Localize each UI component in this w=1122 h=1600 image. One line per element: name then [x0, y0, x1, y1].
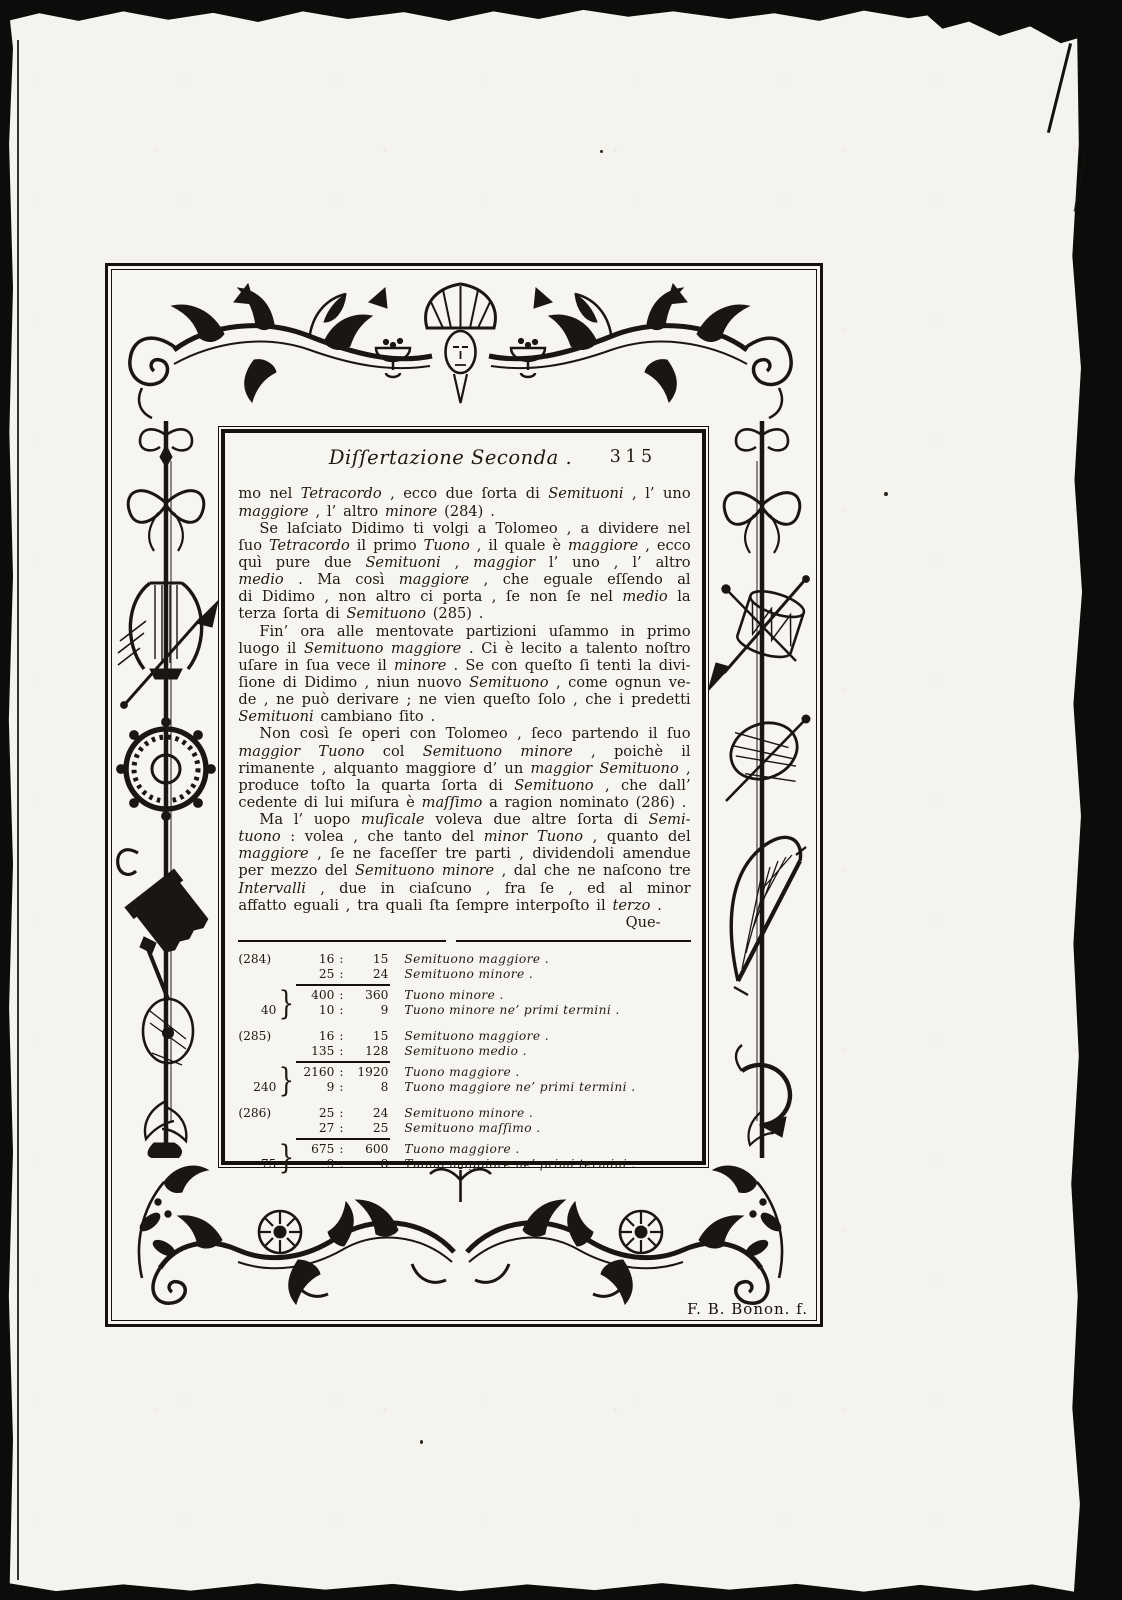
ratio-antecedent: 675: [296, 1142, 334, 1157]
footnote-label: Tuono minore .: [404, 988, 503, 1003]
product-rule: [296, 984, 390, 986]
body-line: produce toſto la quarta ſorta di Semituo…: [238, 777, 690, 794]
left-gutter-line-artifact: [17, 40, 19, 1580]
body-line: Semituoni cambiano ſito .: [238, 708, 690, 725]
brace-number: 40: [238, 1003, 276, 1018]
ratio-consequent: 360: [348, 988, 388, 1003]
italic-phrase: Semituono minore: [423, 743, 573, 760]
brace-number: 75: [238, 1157, 276, 1172]
footnote-label: Semituono minore .: [404, 1106, 533, 1121]
roman-phrase: , che eguale eſſendo al: [469, 571, 690, 588]
footnote-row: 9:8Tuono maggiore ne’ primi termini .: [296, 1157, 690, 1172]
roman-phrase: luogo il: [238, 640, 304, 657]
roman-phrase: . Se con queſto ſi tenti la divi-: [446, 657, 690, 674]
ratio-colon: :: [334, 952, 348, 967]
roman-phrase: col: [364, 743, 422, 760]
roman-phrase: cambiano ſito .: [314, 708, 435, 725]
footnote-label: Semituono minore .: [404, 967, 533, 982]
rule-segment: [238, 940, 446, 942]
rosette-flower: [259, 1211, 301, 1253]
body-line: luogo il Semituono maggiore . Ci è lecit…: [238, 640, 690, 657]
italic-phrase: Tetracordo: [269, 537, 350, 554]
ratio-antecedent: 25: [296, 967, 334, 982]
roman-phrase: . Ma così: [284, 571, 399, 588]
body-line: ſuo Tetracordo il primo Tuono , il quale…: [238, 537, 690, 554]
scan-streak: [1047, 43, 1072, 133]
footnote-row: 400:360Tuono minore .: [296, 988, 690, 1003]
roman-phrase: ,: [441, 554, 474, 571]
italic-phrase: Intervalli: [238, 880, 306, 897]
ratio-consequent: 15: [348, 1029, 388, 1044]
italic-phrase: maggiore: [568, 537, 638, 554]
body-line: terza ſorta di Semituono (285) .: [238, 605, 690, 622]
footnote-row: 10:9Tuono minore ne’ primi termini .: [296, 1003, 690, 1018]
italic-phrase: Tuono: [424, 537, 470, 554]
ratio-consequent: 15: [348, 952, 388, 967]
roman-phrase: di Didimo , non altro ci porta , ſe non …: [238, 588, 622, 605]
roman-phrase: de , ne può derivare ; ne vien queſto ſo…: [238, 691, 690, 708]
top-ornament-engraving: [112, 270, 809, 423]
italic-phrase: tuono: [238, 828, 280, 845]
footnote-row: 675:600Tuono maggiore .: [296, 1142, 690, 1157]
text-panel-inner: Diſſertazione Seconda . 315 mo nel Tetra…: [221, 429, 705, 1164]
footnote-row: 135:128Semituono medio .: [238, 1044, 690, 1059]
drum-and-trumpet: [708, 576, 809, 691]
product-rule: [296, 1138, 390, 1140]
roman-phrase: , l’ altro: [309, 503, 385, 520]
ratio-colon: :: [334, 1106, 348, 1121]
roman-phrase: ſione di Didimo , niun nuovo: [238, 674, 469, 691]
ratio-antecedent: 27: [296, 1121, 334, 1136]
roman-phrase: .: [650, 897, 661, 914]
footnote-ref: (286): [238, 1106, 296, 1121]
scanned-book-page: Diſſertazione Seconda . 315 mo nel Tetra…: [0, 0, 1122, 1600]
ratio-antecedent: 135: [296, 1044, 334, 1059]
roman-phrase: Fin’ ora alle mentovate partizioni uſamm…: [259, 623, 690, 640]
italic-phrase: minor Tuono: [484, 828, 583, 845]
italic-phrase: Semituoni: [548, 485, 623, 502]
grouping-brace: }: [279, 1142, 294, 1172]
ratio-antecedent: 16: [296, 952, 334, 967]
italic-phrase: minore: [394, 657, 446, 674]
musical-trophy-left-engraving: [110, 421, 220, 1158]
footnote-block: (285)16:15Semituono maggiore .135:128Sem…: [238, 1029, 690, 1095]
roman-phrase: quì pure due: [238, 554, 365, 571]
engraved-border-frame: Diſſertazione Seconda . 315 mo nel Tetra…: [105, 263, 823, 1327]
ratio-consequent: 8: [348, 1157, 388, 1172]
footnote-ref: (285): [238, 1029, 296, 1044]
footnote-row: (285)16:15Semituono maggiore .: [238, 1029, 690, 1044]
ratio-colon: :: [334, 1029, 348, 1044]
body-line: mo nel Tetracordo , ecco due ſorta di Se…: [238, 485, 690, 502]
rule-segment: [456, 940, 690, 942]
ratio-colon: :: [334, 1065, 348, 1080]
acanthus-scroll-engraving: [112, 1156, 809, 1314]
footnote-ref: (284): [238, 952, 296, 967]
left-edge-artifact: [0, 0, 13, 1600]
body-line: quì pure due Semituoni , maggior l’ uno …: [238, 554, 690, 571]
roman-phrase: . Ci è lecito a talento noſtro: [461, 640, 690, 657]
bottom-ornament-engraving: [112, 1156, 809, 1314]
body-line: rimanente , alquanto maggiore d’ un magg…: [238, 760, 690, 777]
roman-phrase: , due in ciaſcuno , fra ſe , ed al minor: [306, 880, 691, 897]
footnote-label: Tuono minore ne’ primi termini .: [404, 1003, 619, 1018]
footnotes: (284)16:15Semituono maggiore .25:24Semit…: [238, 952, 690, 1172]
roman-phrase: Se laſciato Didimo ti volgi a Tolomeo , …: [259, 520, 690, 537]
italic-phrase: Semituono: [469, 674, 548, 691]
brace-number: 240: [238, 1080, 276, 1095]
ratio-consequent: 8: [348, 1080, 388, 1095]
italic-phrase: Tetracordo: [301, 485, 382, 502]
ratio-antecedent: 16: [296, 1029, 334, 1044]
product-rule: [296, 1061, 390, 1063]
grouping-brace: }: [279, 988, 294, 1018]
body-line: maggiore , l’ altro minore (284) .: [238, 503, 690, 520]
roman-phrase: , il quale è: [470, 537, 568, 554]
italic-phrase: Semituono: [514, 777, 593, 794]
footnote-label: Semituono maſſimo .: [404, 1121, 540, 1136]
italic-phrase: medio: [238, 571, 283, 588]
roman-phrase: , poichè il: [573, 743, 691, 760]
ratio-consequent: 25: [348, 1121, 388, 1136]
ratio-colon: :: [334, 988, 348, 1003]
footnote-label: Semituono maggiore .: [404, 952, 549, 967]
bottom-edge-artifact: [0, 1574, 1122, 1600]
roman-phrase: : volea , che tanto del: [281, 828, 484, 845]
roman-phrase: affatto eguali , tra quali ſta ſempre in…: [238, 897, 612, 914]
footnote-products: 75}675:600Tuono maggiore .9:8Tuono maggi…: [238, 1142, 690, 1172]
body-line: per mezzo del Semituono minore , dal che…: [238, 862, 690, 879]
ratio-consequent: 24: [348, 1106, 388, 1121]
paper-speck: [884, 492, 888, 496]
footnote-row: 25:24Semituono minore .: [238, 967, 690, 982]
left-ornament-engraving: [110, 421, 220, 1158]
roman-phrase: (285) .: [426, 605, 484, 622]
roman-phrase: il primo: [350, 537, 424, 554]
roman-phrase: , l’ uno: [624, 485, 691, 502]
roman-phrase: , ſe ne faceſſer tre parti , dividendoli…: [309, 845, 691, 862]
roman-phrase: , come ognun ve-: [549, 674, 691, 691]
footnote-row: (286)25:24Semituono minore .: [238, 1106, 690, 1121]
body-line: affatto eguali , tra quali ſta ſempre in…: [238, 897, 690, 914]
roman-phrase: , ecco due ſorta di: [382, 485, 549, 502]
roman-phrase: ſuo: [238, 537, 269, 554]
italic-phrase: maggiore: [238, 845, 308, 862]
footnote-products: 40}400:360Tuono minore .10:9Tuono minore…: [238, 988, 690, 1018]
italic-phrase: medio: [622, 588, 667, 605]
body-line: de , ne può derivare ; ne vien queſto ſo…: [238, 691, 690, 708]
text-panel: Diſſertazione Seconda . 315 mo nel Tetra…: [218, 426, 709, 1168]
roman-phrase: Non così ſe operi con Tolomeo , ſeco par…: [259, 725, 690, 742]
ratio-antecedent: 400: [296, 988, 334, 1003]
roman-phrase: rimanente , alquanto maggiore d’ un: [238, 760, 530, 777]
ratio-consequent: 9: [348, 1003, 388, 1018]
ratio-consequent: 1920: [348, 1065, 388, 1080]
body-line: Ma l’ uopo muſicale voleva due altre ſor…: [238, 811, 690, 828]
italic-phrase: maſſimo: [422, 794, 483, 811]
ratio-antecedent: 2160: [296, 1065, 334, 1080]
roman-phrase: ,: [679, 760, 691, 777]
roman-phrase: Ma l’ uopo: [259, 811, 361, 828]
roman-phrase: , dal che ne naſcono tre: [494, 862, 690, 879]
roman-phrase: cedente di lui miſura è: [238, 794, 421, 811]
italic-phrase: maggiore: [399, 571, 469, 588]
panpipes: [125, 869, 213, 958]
ratio-colon: :: [334, 1121, 348, 1136]
footnote-label: Tuono maggiore ne’ primi termini .: [404, 1080, 635, 1095]
product-rows: 400:360Tuono minore .10:9Tuono minore ne…: [296, 988, 690, 1018]
footnote-label: Tuono maggiore .: [404, 1065, 519, 1080]
footnote-row: (284)16:15Semituono maggiore .: [238, 952, 690, 967]
engraver-signature: F. B. Bonon. f.: [687, 1300, 808, 1318]
italic-phrase: terzo: [612, 897, 650, 914]
product-rows: 675:600Tuono maggiore .9:8Tuono maggiore…: [296, 1142, 690, 1172]
body-line: tuono : volea , che tanto del minor Tuon…: [238, 828, 690, 845]
product-rows: 2160:1920Tuono maggiore .9:8Tuono maggio…: [296, 1065, 690, 1095]
roman-phrase: per mezzo del: [238, 862, 355, 879]
italic-phrase: Semituono minore: [355, 862, 494, 879]
body-line: Se laſciato Didimo ti volgi a Tolomeo , …: [238, 520, 690, 537]
harp: [731, 837, 806, 995]
italic-phrase: Semituono maggiore: [304, 640, 461, 657]
body-line: medio . Ma così maggiore , che eguale eſ…: [238, 571, 690, 588]
roman-phrase: voleva due altre ſorta di: [425, 811, 649, 828]
italic-phrase: maggior Semituono: [530, 760, 678, 777]
paper-speck: [420, 1440, 423, 1444]
roman-phrase: la: [668, 588, 691, 605]
ratio-colon: :: [334, 1157, 348, 1172]
right-ornament-engraving: [708, 421, 818, 1158]
italic-phrase: minore: [385, 503, 437, 520]
italic-phrase: Semituoni: [238, 708, 313, 725]
roman-phrase: mo nel: [238, 485, 300, 502]
body-line: di Didimo , non altro ci porta , ſe non …: [238, 588, 690, 605]
footnote-row: 2160:1920Tuono maggiore .: [296, 1065, 690, 1080]
italic-phrase: muſicale: [361, 811, 424, 828]
footnote-label: Tuono maggiore .: [404, 1142, 519, 1157]
ratio-colon: :: [334, 1142, 348, 1157]
italic-phrase: Semi-: [649, 811, 691, 828]
ratio-antecedent: 9: [296, 1080, 334, 1095]
ratio-colon: :: [334, 967, 348, 982]
roman-phrase: uſare in ſua vece il: [238, 657, 394, 674]
footnote-separator-rule: [238, 940, 690, 942]
italic-phrase: maggiore: [238, 503, 308, 520]
roman-phrase: terza ſorta di: [238, 605, 346, 622]
catchword: Que-: [238, 914, 690, 931]
italic-phrase: maggior Tuono: [238, 743, 364, 760]
italic-phrase: Semituoni: [365, 554, 440, 571]
grouping-brace: }: [279, 1065, 294, 1095]
ratio-consequent: 128: [348, 1044, 388, 1059]
body-line: Intervalli , due in ciaſcuno , fra ſe , …: [238, 880, 690, 897]
ratio-antecedent: 10: [296, 1003, 334, 1018]
ratio-antecedent: 25: [296, 1106, 334, 1121]
italic-phrase: Semituono: [347, 605, 426, 622]
body-line: maggior Tuono col Semituono minore , poi…: [238, 743, 690, 760]
ratio-colon: :: [334, 1044, 348, 1059]
footnote-label: Semituono medio .: [404, 1044, 527, 1059]
roman-phrase: , quanto del: [583, 828, 691, 845]
running-header: Diſſertazione Seconda . 315: [238, 446, 690, 473]
italic-phrase: maggior: [473, 554, 535, 571]
roman-phrase: produce toſto la quarta ſorta di: [238, 777, 514, 794]
roman-phrase: (284) .: [437, 503, 495, 520]
footnote-block: (286)25:24Semituono minore .27:25Semituo…: [238, 1106, 690, 1172]
footnote-products: 240}2160:1920Tuono maggiore .9:8Tuono ma…: [238, 1065, 690, 1095]
body-text: mo nel Tetracordo , ecco due ſorta di Se…: [238, 485, 690, 914]
body-line: uſare in ſua vece il minore . Se con que…: [238, 657, 690, 674]
ratio-antecedent: 9: [296, 1157, 334, 1172]
footnote-row: 9:8Tuono maggiore ne’ primi termini .: [296, 1080, 690, 1095]
footnote-label: Semituono maggiore .: [404, 1029, 549, 1044]
body-line: maggiore , ſe ne faceſſer tre parti , di…: [238, 845, 690, 862]
footnote-row: 27:25Semituono maſſimo .: [238, 1121, 690, 1136]
body-line: Fin’ ora alle mentovate partizioni uſamm…: [238, 623, 690, 640]
oval-drum: [722, 712, 811, 801]
musical-trophy-right-engraving: [708, 421, 818, 1158]
right-edge-artifact: [1068, 0, 1122, 1600]
ratio-colon: :: [334, 1003, 348, 1018]
footnote-block: (284)16:15Semituono maggiore .25:24Semit…: [238, 952, 690, 1018]
page-number: 315: [610, 447, 657, 467]
mask-face: [426, 284, 496, 403]
ratio-consequent: 600: [348, 1142, 388, 1157]
ratio-colon: :: [334, 1080, 348, 1095]
roman-phrase: a ragion nominato (286) .: [482, 794, 686, 811]
cane-handle: [118, 850, 138, 875]
ratio-consequent: 24: [348, 967, 388, 982]
paper-speck: [600, 150, 603, 153]
body-line: cedente di lui miſura è maſſimo a ragion…: [238, 794, 690, 811]
body-line: ſione di Didimo , niun nuovo Semituono ,…: [238, 674, 690, 691]
acanthus-mask-urns-engraving: [112, 270, 809, 423]
roman-phrase: , ecco: [638, 537, 690, 554]
footnote-label: Tuono maggiore ne’ primi termini .: [404, 1157, 635, 1172]
body-line: Non così ſe operi con Tolomeo , ſeco par…: [238, 725, 690, 742]
